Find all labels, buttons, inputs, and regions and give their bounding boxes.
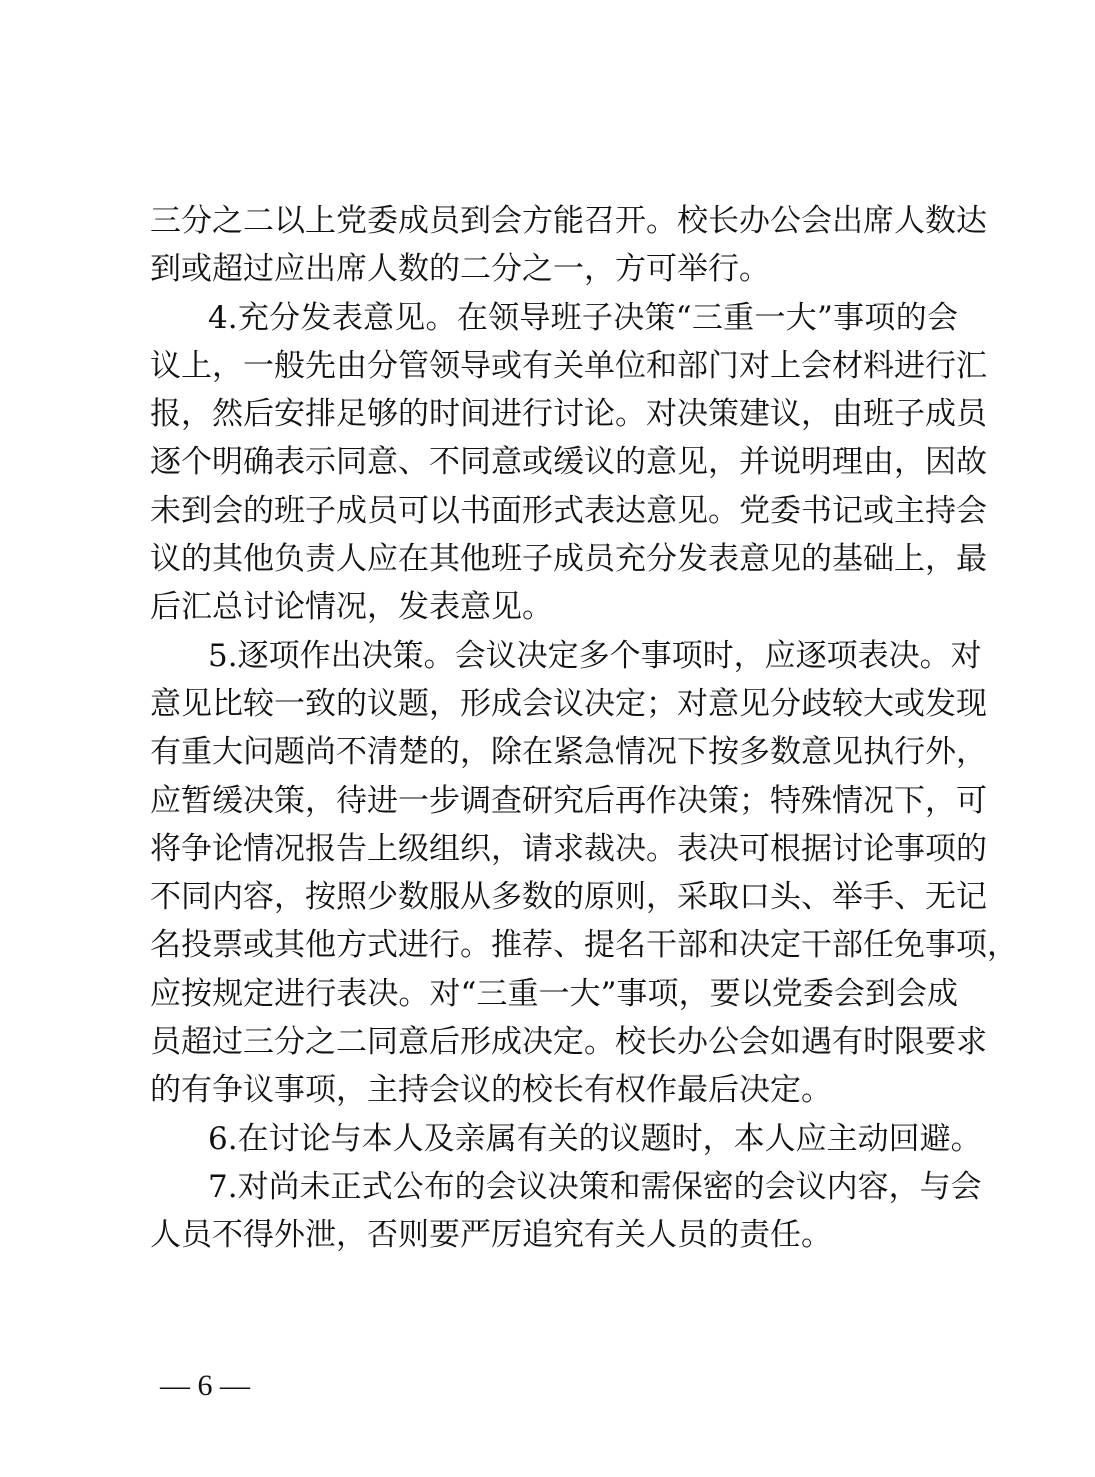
text-line: 后汇总讨论情况，发表意见。 [150,583,958,631]
text-line: 三分之二以上党委成员到会方能召开。校长办公会出席人数达 [150,197,958,245]
paragraph-4-start: 4.充分发表意见。在领导班子决策“三重一大”事项的会 [150,294,958,342]
text-line: 应暂缓决策，待进一步调查研究后再作决策；特殊情况下，可 [150,777,958,825]
document-page: 三分之二以上党委成员到会方能召开。校长办公会出席人数达 到或超过应出席人数的二分… [0,0,1095,1477]
text-line: 将争论情况报告上级组织，请求裁决。表决可根据讨论事项的 [150,825,958,873]
text-line: 逐个明确表示同意、不同意或缓议的意见，并说明理由，因故 [150,438,958,486]
text-line: 的有争议事项，主持会议的校长有权作最后决定。 [150,1066,958,1114]
paragraph-7-start: 7.对尚未正式公布的会议决策和需保密的会议内容，与会 [150,1163,958,1211]
page-number: — 6 — [160,1366,250,1406]
paragraph-5-start: 5.逐项作出决策。会议决定多个事项时，应逐项表决。对 [150,632,958,680]
text-line: 有重大问题尚不清楚的，除在紧急情况下按多数意见执行外， [150,728,958,776]
text-line: 到或超过应出席人数的二分之一，方可举行。 [150,245,958,293]
text-line: 未到会的班子成员可以书面形式表达意见。党委书记或主持会 [150,487,958,535]
body-text: 三分之二以上党委成员到会方能召开。校长办公会出席人数达 到或超过应出席人数的二分… [150,197,958,1260]
paragraph-6: 6.在讨论与本人及亲属有关的议题时，本人应主动回避。 [150,1115,958,1163]
text-line: 不同内容，按照少数服从多数的原则，采取口头、举手、无记 [150,873,958,921]
text-line: 应按规定进行表决。对“三重一大”事项，要以党委会到会成 [150,970,958,1018]
text-line: 议的其他负责人应在其他班子成员充分发表意见的基础上，最 [150,535,958,583]
text-line: 意见比较一致的议题，形成会议决定；对意见分歧较大或发现 [150,680,958,728]
text-line: 议上，一般先由分管领导或有关单位和部门对上会材料进行汇 [150,342,958,390]
text-line: 名投票或其他方式进行。推荐、提名干部和决定干部任免事项， [150,921,958,969]
text-line: 人员不得外泄，否则要严厉追究有关人员的责任。 [150,1211,958,1259]
text-line: 员超过三分之二同意后形成决定。校长办公会如遇有时限要求 [150,1018,958,1066]
text-line: 报，然后安排足够的时间进行讨论。对决策建议，由班子成员 [150,390,958,438]
